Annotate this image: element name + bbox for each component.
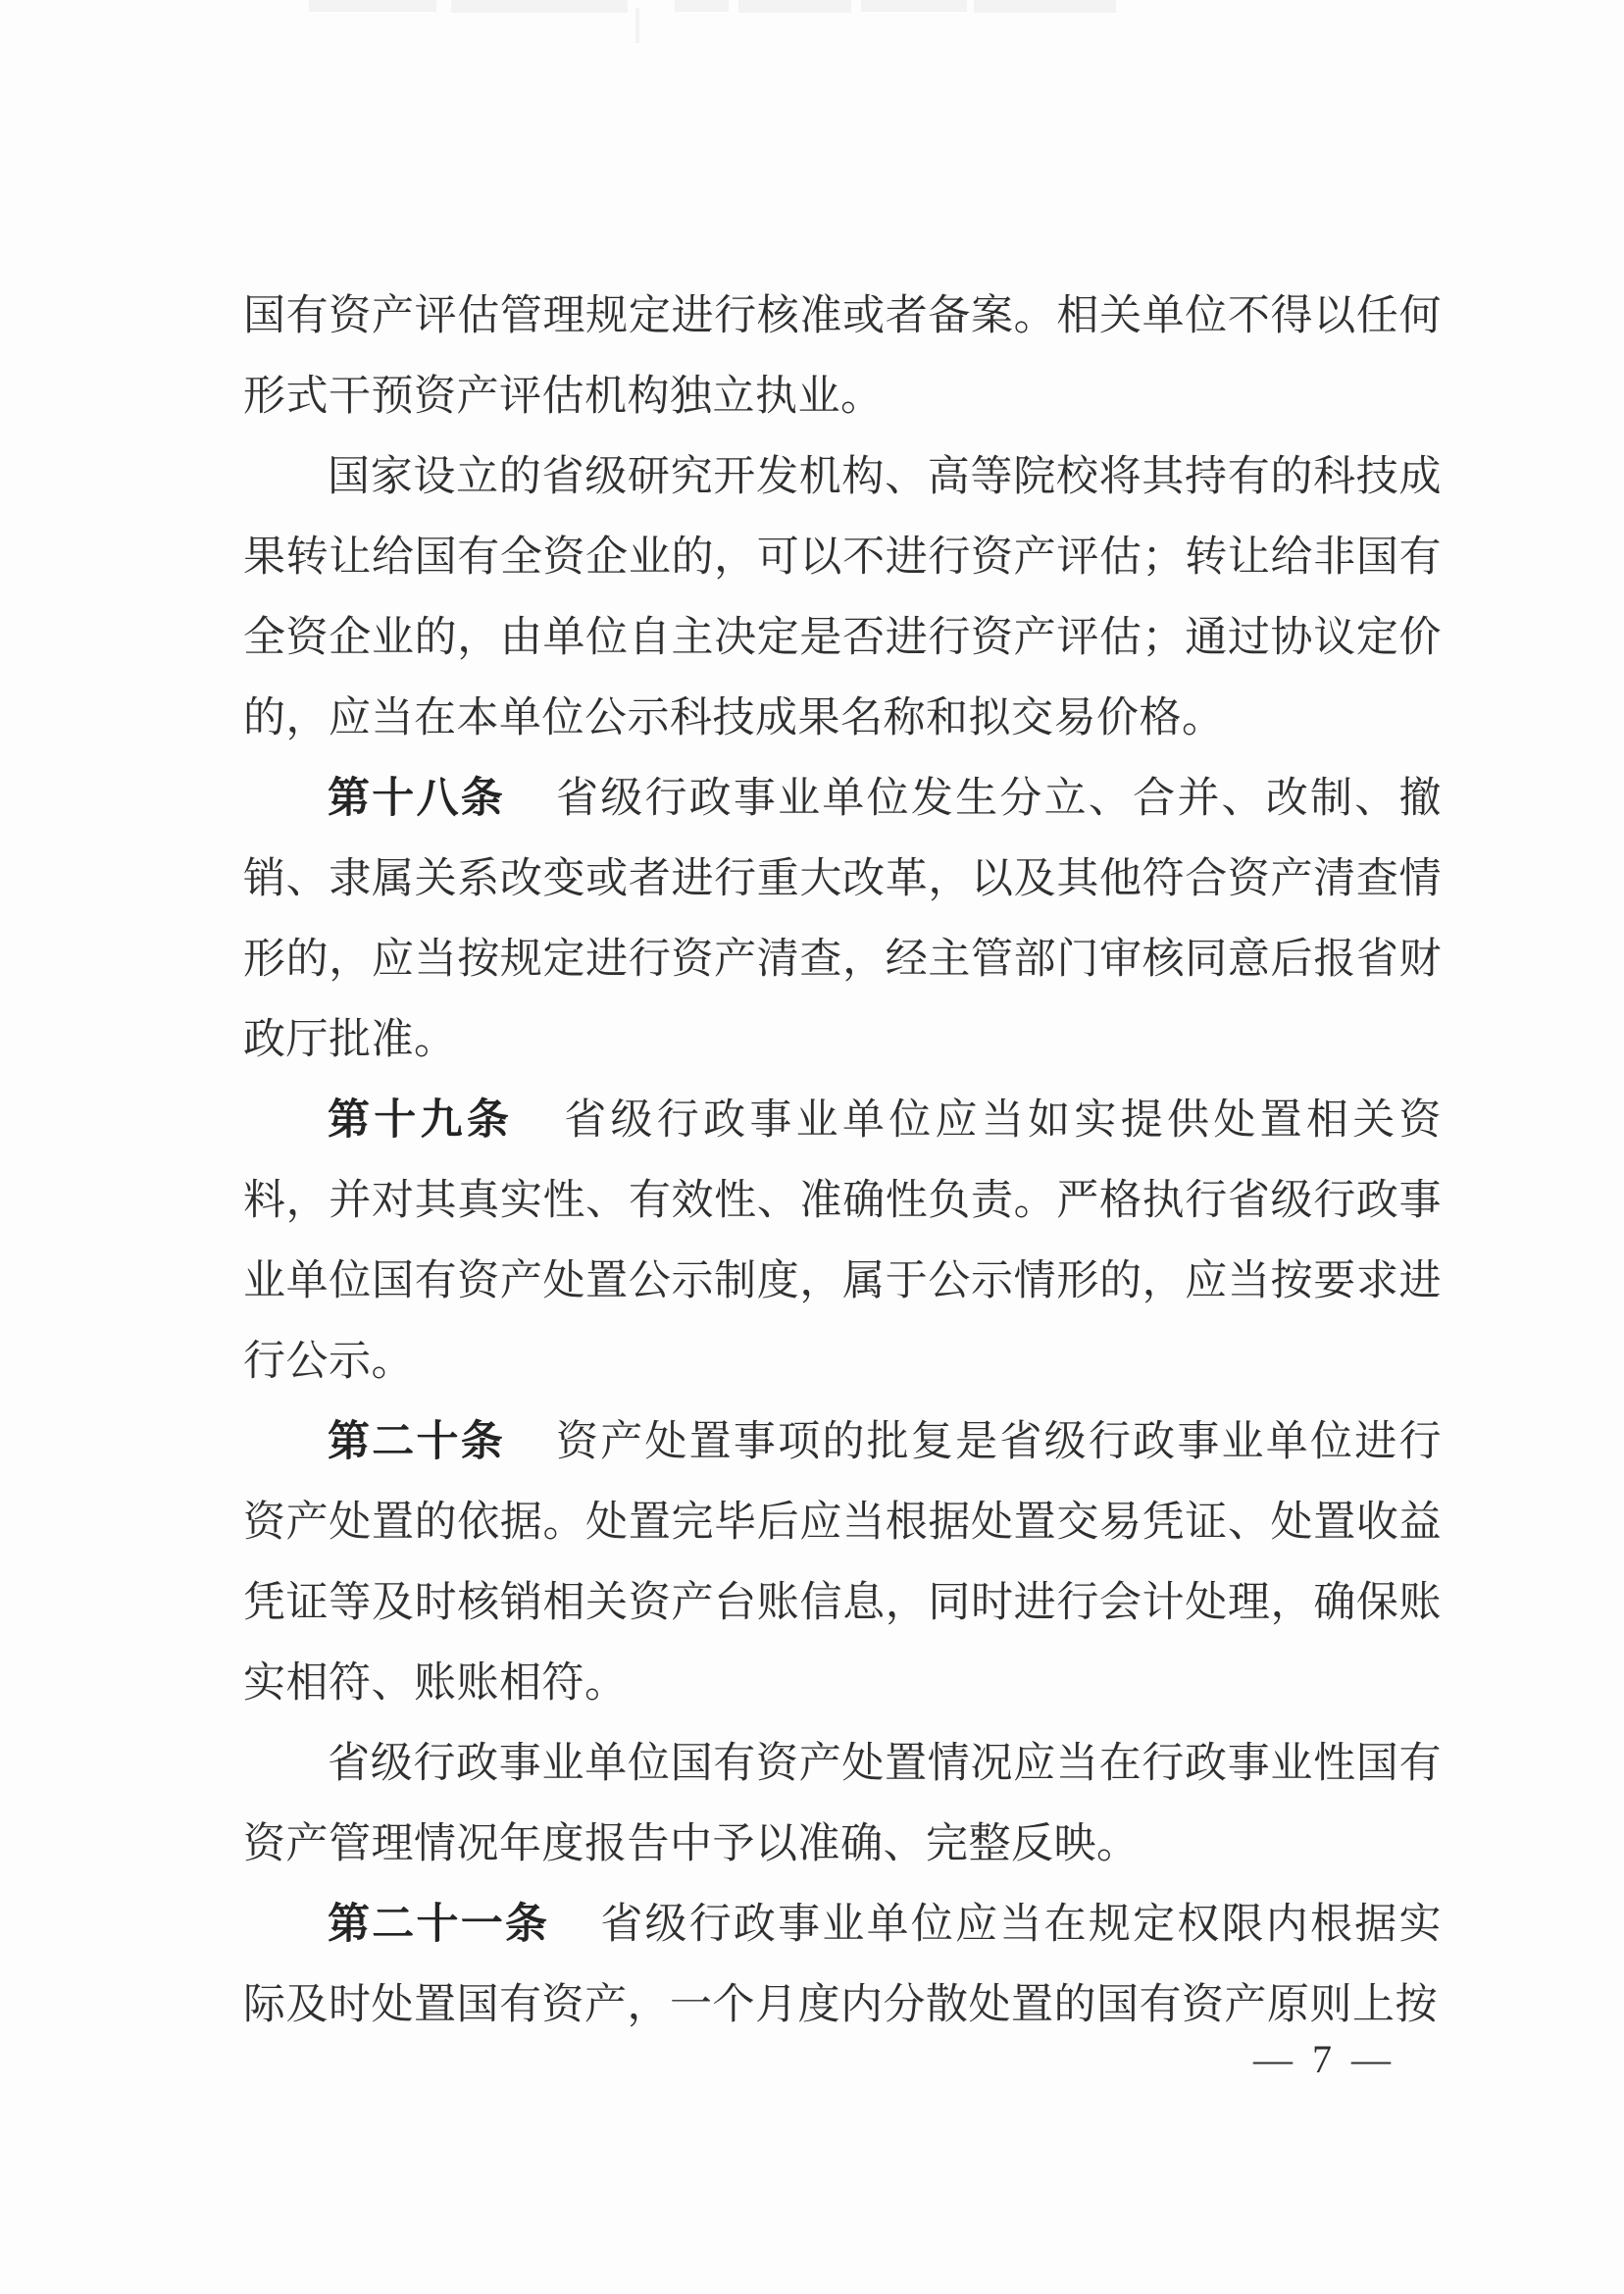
scan-artifact [635,8,639,43]
paragraph-text: 国家设立的省级研究开发机构、高等院校将其持有的科技成果转让给国有全资企业的，可以… [243,454,1442,741]
paragraph-article-20: 第二十条资产处置事项的批复是省级行政事业单位进行资产处置的依据。处置完毕后应当根… [243,1402,1442,1724]
scan-artifact [974,0,1116,13]
scan-artifact [861,0,967,12]
scan-artifact [738,0,851,13]
paragraph-article-18: 第十八条省级行政事业单位发生分立、合并、改制、撤销、隶属关系改变或者进行重大改革… [243,759,1442,1081]
paragraph-text: 国有资产评估管理规定进行核准或者备案。相关单位不得以任何形式干预资产评估机构独立… [243,293,1442,420]
paragraph-article-19: 第十九条省级行政事业单位应当如实提供处置相关资料，并对其真实性、有效性、准确性负… [243,1081,1442,1402]
scan-artifact [451,0,628,13]
paragraph-continuation: 国有资产评估管理规定进行核准或者备案。相关单位不得以任何形式干预资产评估机构独立… [243,277,1442,437]
scan-artifact [309,0,436,12]
paragraph: 省级行政事业单位国有资产处置情况应当在行政事业性国有资产管理情况年度报告中予以准… [243,1724,1442,1885]
document-page: 国有资产评估管理规定进行核准或者备案。相关单位不得以任何形式干预资产评估机构独立… [0,0,1624,2294]
paragraph-text: 省级行政事业单位国有资产处置情况应当在行政事业性国有资产管理情况年度报告中予以准… [243,1741,1442,1867]
article-heading: 第十九条 [328,1097,513,1144]
article-heading: 第二十一条 [328,1902,549,1948]
document-body: 国有资产评估管理规定进行核准或者备案。相关单位不得以任何形式干预资产评估机构独立… [243,277,1442,2046]
article-heading: 第十八条 [328,776,505,822]
paragraph-article-21: 第二十一条省级行政事业单位应当在规定权限内根据实际及时处置国有资产，一个月度内分… [243,1885,1442,2046]
scan-artifact [675,0,729,12]
page-number: — 7 — [1253,2036,1396,2082]
paragraph: 国家设立的省级研究开发机构、高等院校将其持有的科技成果转让给国有全资企业的，可以… [243,437,1442,759]
article-heading: 第二十条 [328,1419,505,1465]
